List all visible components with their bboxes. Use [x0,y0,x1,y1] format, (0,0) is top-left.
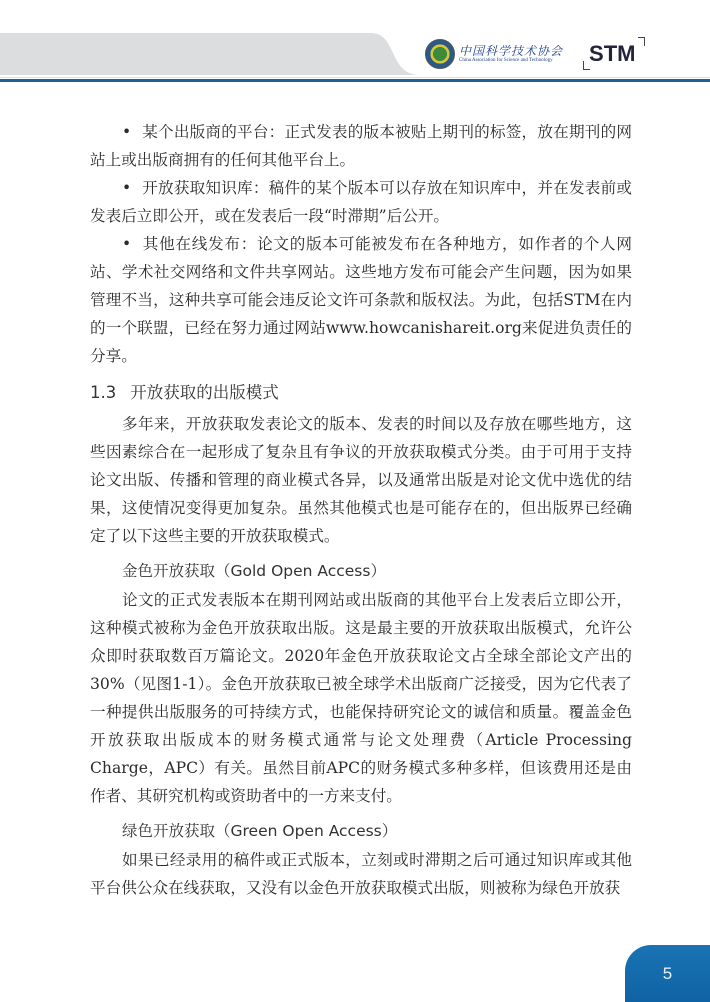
header-logos: 中国科学技术协会 China Association for Science a… [425,38,639,70]
section-intro-paragraph: 多年来，开放获取发表论文的版本、发表的时间以及存放在哪些地方，这些因素综合在一起… [90,410,632,550]
green-oa-heading: 绿色开放获取（Green Open Access） [90,816,632,846]
bullet-icon: • [122,230,142,258]
green-oa-paragraph: 如果已经录用的稿件或正式版本，立刻或时滞期之后可通过知识库或其他平台供公众在线获… [90,846,632,902]
page-number-tab: 5 [625,945,710,1002]
header-rule-light [0,77,710,78]
bullet-item: •开放获取知识库：稿件的某个版本可以存放在知识库中，并在发表前或发表后立即公开，… [90,174,632,230]
bullet-item: •某个出版商的平台：正式发表的版本被贴上期刊的标签，放在期刊的网站上或出版商拥有… [90,118,632,174]
bullet-item: •其他在线发布：论文的版本可能被发布在各种地方，如作者的个人网站、学术社交网络和… [90,230,632,370]
section-heading: 1.3开放获取的出版模式 [90,378,632,408]
header-curve-decoration [330,33,420,75]
section-title: 开放获取的出版模式 [130,383,279,402]
bullet-text: 某个出版商的平台：正式发表的版本被贴上期刊的标签，放在期刊的网站上或出版商拥有的… [90,123,632,169]
header-band [0,33,350,75]
bullet-icon: • [122,174,142,202]
cast-logo-text: 中国科学技术协会 China Association for Science a… [459,44,563,64]
cast-name-en: China Association for Science and Techno… [459,58,563,64]
stm-logo: STM [585,41,639,67]
page-number: 5 [663,964,672,984]
bullet-text: 开放获取知识库：稿件的某个版本可以存放在知识库中，并在发表前或发表后立即公开，或… [90,179,632,225]
header-rule [0,79,710,82]
gold-oa-heading: 金色开放获取（Gold Open Access） [90,556,632,586]
page-body: •某个出版商的平台：正式发表的版本被贴上期刊的标签，放在期刊的网站上或出版商拥有… [90,118,632,902]
bullet-icon: • [122,118,142,146]
gold-oa-paragraph: 论文的正式发表版本在期刊网站或出版商的其他平台上发表后立即公开，这种模式被称为金… [90,586,632,810]
bullet-text: 其他在线发布：论文的版本可能被发布在各种地方，如作者的个人网站、学术社交网络和文… [90,235,632,365]
section-number: 1.3 [90,383,116,402]
cast-emblem-icon [425,39,455,69]
cast-name-cn: 中国科学技术协会 [459,44,563,58]
